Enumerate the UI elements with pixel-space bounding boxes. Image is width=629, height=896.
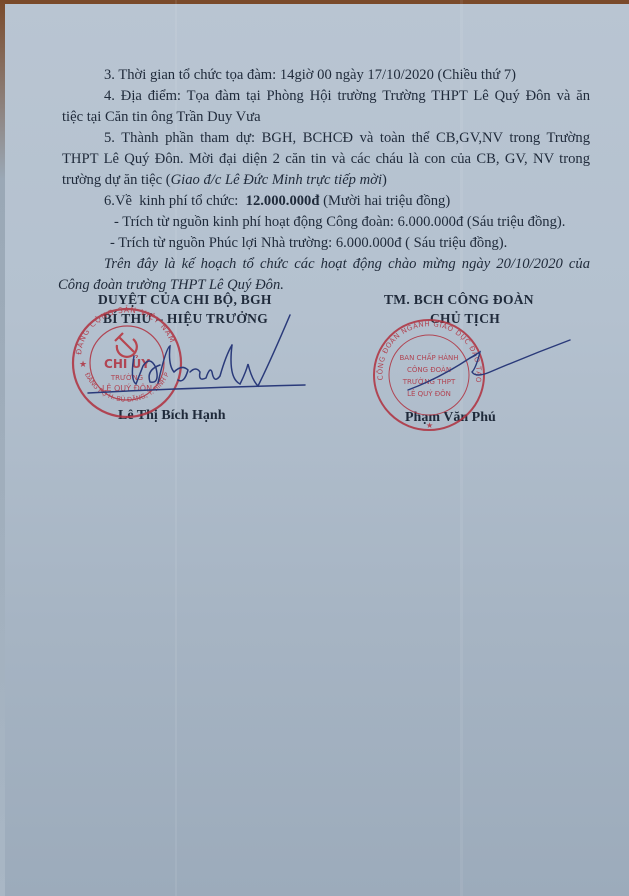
hammer-sickle-icon bbox=[115, 333, 137, 357]
stamps-and-signatures: ĐẢNG CỘNG SẢN VIỆT NAM ĐẢNG BỘ H. BÙ ĐĂN… bbox=[0, 0, 629, 896]
svg-text:CÔNG ĐOÀN NGÀNH GIÁO DỤC ĐÀO T: CÔNG ĐOÀN NGÀNH GIÁO DỤC ĐÀO TẠO T. BÌNH… bbox=[0, 0, 483, 383]
svg-text:★: ★ bbox=[426, 421, 433, 430]
svg-text:ĐẢNG CỘNG SẢN VIỆT NAM: ĐẢNG CỘNG SẢN VIỆT NAM bbox=[74, 305, 177, 355]
svg-text:★: ★ bbox=[79, 359, 87, 369]
svg-text:CHI ỦY: CHI ỦY bbox=[104, 355, 150, 371]
left-stamp: ĐẢNG CỘNG SẢN VIỆT NAM ĐẢNG BỘ H. BÙ ĐĂN… bbox=[0, 0, 181, 417]
svg-text:BAN CHẤP HÀNH: BAN CHẤP HÀNH bbox=[400, 352, 459, 362]
svg-text:LÊ QUÝ ĐÔN: LÊ QUÝ ĐÔN bbox=[407, 389, 451, 398]
